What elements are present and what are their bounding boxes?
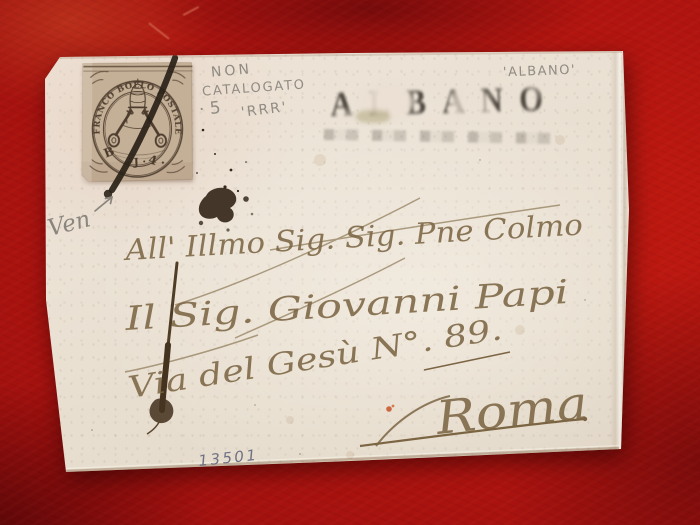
ink-specks [196, 129, 247, 192]
pencil-note-catalogato: CATALOGATO [202, 77, 307, 99]
pencil-note-rarity: 'RRR' [240, 99, 288, 121]
paper-stain [356, 110, 390, 123]
photo-of-letter: ALBANO [0, 0, 700, 525]
address-line-1: All' Illmo Sig. Sig. Pne Colmo [121, 207, 583, 267]
address-line-3: Via del Gesù N°. 89. [126, 312, 505, 406]
address-underlines [360, 352, 587, 446]
inventory-number: 13501 [198, 446, 260, 470]
postmark-wear [450, 87, 466, 121]
heavy-ink-stroke [147, 263, 177, 434]
pencil-note-non: NON [210, 61, 252, 81]
stamp-aging-wash [82, 62, 194, 183]
pen-flourishes [125, 198, 560, 372]
postmark-wear [528, 86, 540, 102]
pencil-note-albano: 'ALBANO' [503, 63, 577, 81]
pencil-note-number: · 5 [198, 98, 222, 120]
postage-stamp: FRANCO BOLLO POSTALE [82, 62, 194, 183]
foxing-spots [286, 135, 565, 459]
postmark-wear [477, 91, 492, 121]
orange-fleck [386, 405, 394, 412]
postmark-wear [336, 109, 358, 123]
pencil-note-left: Ven [45, 206, 93, 242]
pencil-arrow-icon [95, 197, 112, 211]
paper-specks [91, 159, 586, 455]
paper-crease [610, 52, 628, 452]
ink-blot [199, 188, 254, 232]
envelope: ALBANO [0, 0, 700, 525]
address-line-4: Roma [432, 375, 590, 445]
postage-stamp-graphic: FRANCO BOLLO POSTALE [82, 62, 194, 183]
envelope-shadow-wrap: ALBANO [0, 0, 700, 525]
address-line-2: Il Sig. Giovanni Papi [123, 272, 570, 338]
